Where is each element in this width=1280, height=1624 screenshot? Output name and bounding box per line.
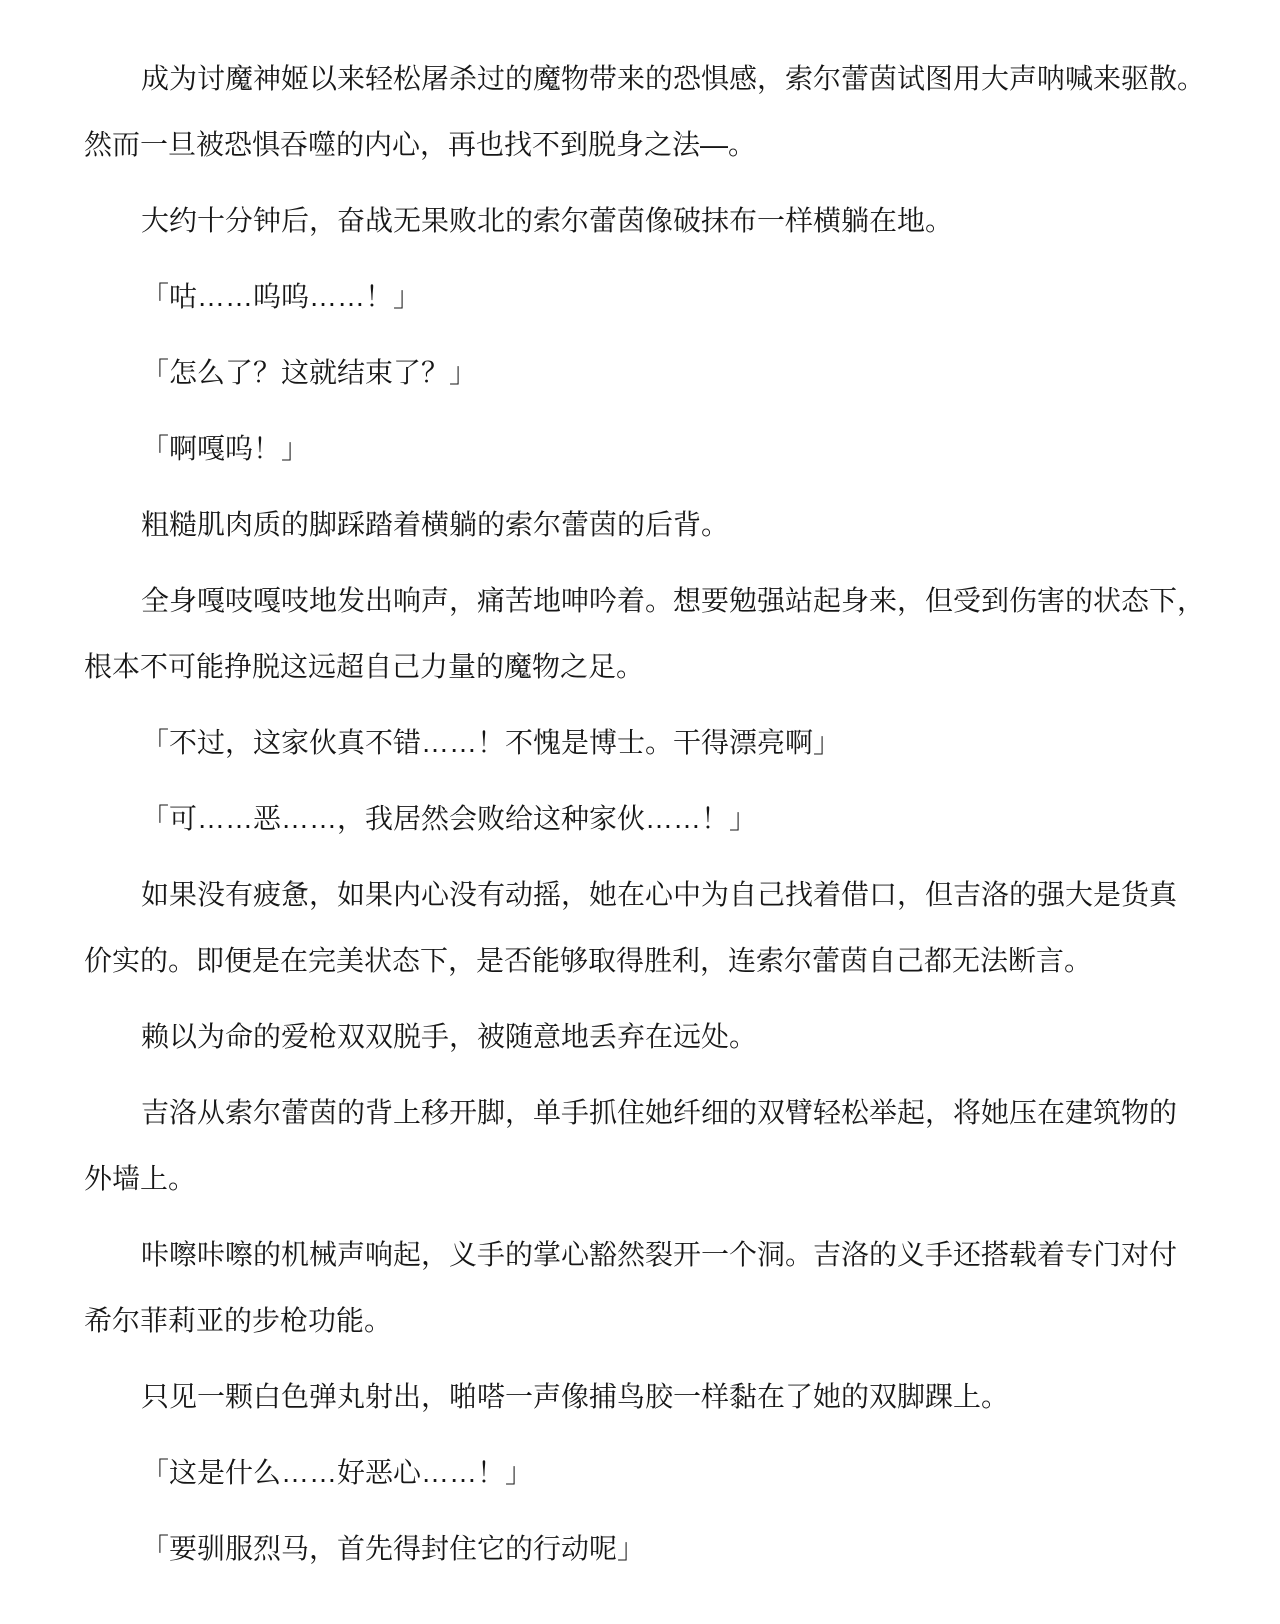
text-line: 「怎么了？这就结束了？」 (84, 340, 1224, 406)
dialogue-paragraph: 「可……恶……，我居然会败给这种家伙……！」 (84, 786, 1224, 852)
narration-paragraph: 成为讨魔神姬以来轻松屠杀过的魔物带来的恐惧感，索尔蕾茵试图用大声呐喊来驱散。然而… (84, 46, 1224, 178)
dialogue-paragraph: 「怎么了？这就结束了？」 (84, 340, 1224, 406)
dialogue-paragraph: 「咕……呜呜……！」 (84, 264, 1224, 330)
dialogue-paragraph: 「啊嘎呜！」 (84, 416, 1224, 482)
text-line: 外墙上。 (84, 1146, 1224, 1212)
text-line: 咔嚓咔嚓的机械声响起，义手的掌心豁然裂开一个洞。吉洛的义手还搭载着专门对付 (84, 1222, 1224, 1288)
text-line: 「咕……呜呜……！」 (84, 264, 1224, 330)
text-line: 大约十分钟后，奋战无果败北的索尔蕾茵像破抹布一样横躺在地。 (84, 188, 1224, 254)
narration-paragraph: 全身嘎吱嘎吱地发出响声，痛苦地呻吟着。想要勉强站起身来，但受到伤害的状态下，根本… (84, 568, 1224, 700)
text-line: 全身嘎吱嘎吱地发出响声，痛苦地呻吟着。想要勉强站起身来，但受到伤害的状态下， (84, 568, 1224, 634)
page-content: 成为讨魔神姬以来轻松屠杀过的魔物带来的恐惧感，索尔蕾茵试图用大声呐喊来驱散。然而… (84, 46, 1224, 1582)
text-line: 「不过，这家伙真不错……！不愧是博士。干得漂亮啊」 (84, 710, 1224, 776)
text-line: 根本不可能挣脱这远超自己力量的魔物之足。 (84, 634, 1224, 700)
text-line: 赖以为命的爱枪双双脱手，被随意地丢弃在远处。 (84, 1004, 1224, 1070)
text-line: 价实的。即便是在完美状态下，是否能够取得胜利，连索尔蕾茵自己都无法断言。 (84, 928, 1224, 994)
narration-paragraph: 只见一颗白色弹丸射出，啪嗒一声像捕鸟胶一样黏在了她的双脚踝上。 (84, 1364, 1224, 1430)
dialogue-paragraph: 「不过，这家伙真不错……！不愧是博士。干得漂亮啊」 (84, 710, 1224, 776)
narration-paragraph: 大约十分钟后，奋战无果败北的索尔蕾茵像破抹布一样横躺在地。 (84, 188, 1224, 254)
narration-paragraph: 赖以为命的爱枪双双脱手，被随意地丢弃在远处。 (84, 1004, 1224, 1070)
text-line: 「啊嘎呜！」 (84, 416, 1224, 482)
text-line: 「这是什么……好恶心……！」 (84, 1440, 1224, 1506)
text-line: 希尔菲莉亚的步枪功能。 (84, 1288, 1224, 1354)
narration-paragraph: 吉洛从索尔蕾茵的背上移开脚，单手抓住她纤细的双臂轻松举起，将她压在建筑物的外墙上… (84, 1080, 1224, 1212)
text-line: 粗糙肌肉质的脚踩踏着横躺的索尔蕾茵的后背。 (84, 492, 1224, 558)
text-line: 如果没有疲惫，如果内心没有动摇，她在心中为自己找着借口，但吉洛的强大是货真 (84, 862, 1224, 928)
novel-page: 成为讨魔神姬以来轻松屠杀过的魔物带来的恐惧感，索尔蕾茵试图用大声呐喊来驱散。然而… (0, 0, 1280, 1624)
text-line: 成为讨魔神姬以来轻松屠杀过的魔物带来的恐惧感，索尔蕾茵试图用大声呐喊来驱散。 (84, 46, 1224, 112)
dialogue-paragraph: 「这是什么……好恶心……！」 (84, 1440, 1224, 1506)
narration-paragraph: 如果没有疲惫，如果内心没有动摇，她在心中为自己找着借口，但吉洛的强大是货真价实的… (84, 862, 1224, 994)
narration-paragraph: 粗糙肌肉质的脚踩踏着横躺的索尔蕾茵的后背。 (84, 492, 1224, 558)
narration-paragraph: 咔嚓咔嚓的机械声响起，义手的掌心豁然裂开一个洞。吉洛的义手还搭载着专门对付希尔菲… (84, 1222, 1224, 1354)
text-line: 只见一颗白色弹丸射出，啪嗒一声像捕鸟胶一样黏在了她的双脚踝上。 (84, 1364, 1224, 1430)
text-line: 「要驯服烈马，首先得封住它的行动呢」 (84, 1516, 1224, 1582)
dialogue-paragraph: 「要驯服烈马，首先得封住它的行动呢」 (84, 1516, 1224, 1582)
text-line: 然而一旦被恐惧吞噬的内心，再也找不到脱身之法—。 (84, 112, 1224, 178)
text-line: 吉洛从索尔蕾茵的背上移开脚，单手抓住她纤细的双臂轻松举起，将她压在建筑物的 (84, 1080, 1224, 1146)
text-line: 「可……恶……，我居然会败给这种家伙……！」 (84, 786, 1224, 852)
